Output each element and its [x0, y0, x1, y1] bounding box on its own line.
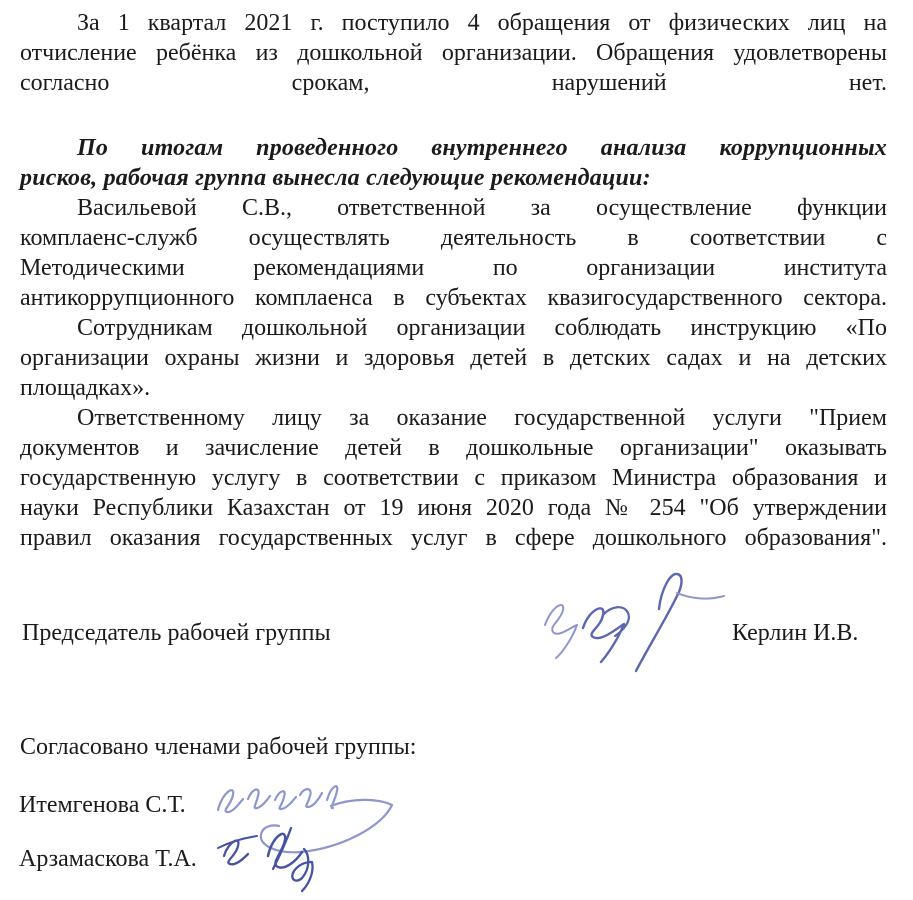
agreed-by-label: Согласовано членами рабочей группы: [20, 733, 416, 761]
text-line: комплаенс-служб осуществлять деятельност… [20, 223, 887, 253]
member-name: Итемгенова С.Т. [19, 791, 186, 819]
text-line: Ответственному лицу за оказание государс… [20, 403, 887, 433]
text-line: документов и зачисление детей в дошкольн… [20, 433, 887, 463]
text-line: площадках». [20, 373, 887, 403]
text-line: согласно срокам, нарушений нет. [20, 68, 887, 98]
text-line: Сотрудникам дошкольной организации соблю… [20, 313, 887, 343]
chairman-role-label: Председатель рабочей группы [22, 619, 331, 647]
text-line: организации охраны жизни и здоровья дете… [20, 343, 887, 373]
document-body: За 1 квартал 2021 г. поступило 4 обращен… [20, 8, 887, 553]
text-line: антикоррупционного комплаенса в субъекта… [20, 283, 887, 313]
paragraph-intro: За 1 квартал 2021 г. поступило 4 обращен… [20, 8, 887, 98]
text-line: За 1 квартал 2021 г. поступило 4 обращен… [20, 8, 887, 38]
chairman-signature-ink [531, 565, 729, 681]
paragraph-service-recommendation: Ответственному лицу за оказание государс… [20, 403, 887, 553]
text-line: рисков, рабочая группа вынесла следующие… [20, 163, 887, 193]
document-page: За 1 квартал 2021 г. поступило 4 обращен… [0, 0, 913, 900]
text-line: По итогам проведенного внутреннего анали… [20, 133, 887, 163]
chairman-name: Керлин И.В. [732, 619, 858, 647]
text-line: науки Республики Казахстан от 19 июня 20… [20, 493, 887, 523]
text-line: Методическими рекомендациями по организа… [20, 253, 887, 283]
member-name: Арзамаскова Т.А. [19, 845, 197, 873]
text-line: отчисление ребёнка из дошкольной организ… [20, 38, 887, 68]
member-2-signature-ink [212, 821, 350, 897]
paragraph-recommendations-heading: По итогам проведенного внутреннего анали… [20, 133, 887, 193]
text-line: правил оказания государственных услуг в … [20, 523, 887, 553]
text-line: Васильевой С.В., ответственной за осущес… [20, 193, 887, 223]
paragraph-vasilyeva-recommendation: Васильевой С.В., ответственной за осущес… [20, 193, 887, 313]
paragraph-staff-recommendation: Сотрудникам дошкольной организации соблю… [20, 313, 887, 403]
text-line: государственную услугу в соответствии с … [20, 463, 887, 493]
member-1-signature-ink [210, 778, 402, 864]
